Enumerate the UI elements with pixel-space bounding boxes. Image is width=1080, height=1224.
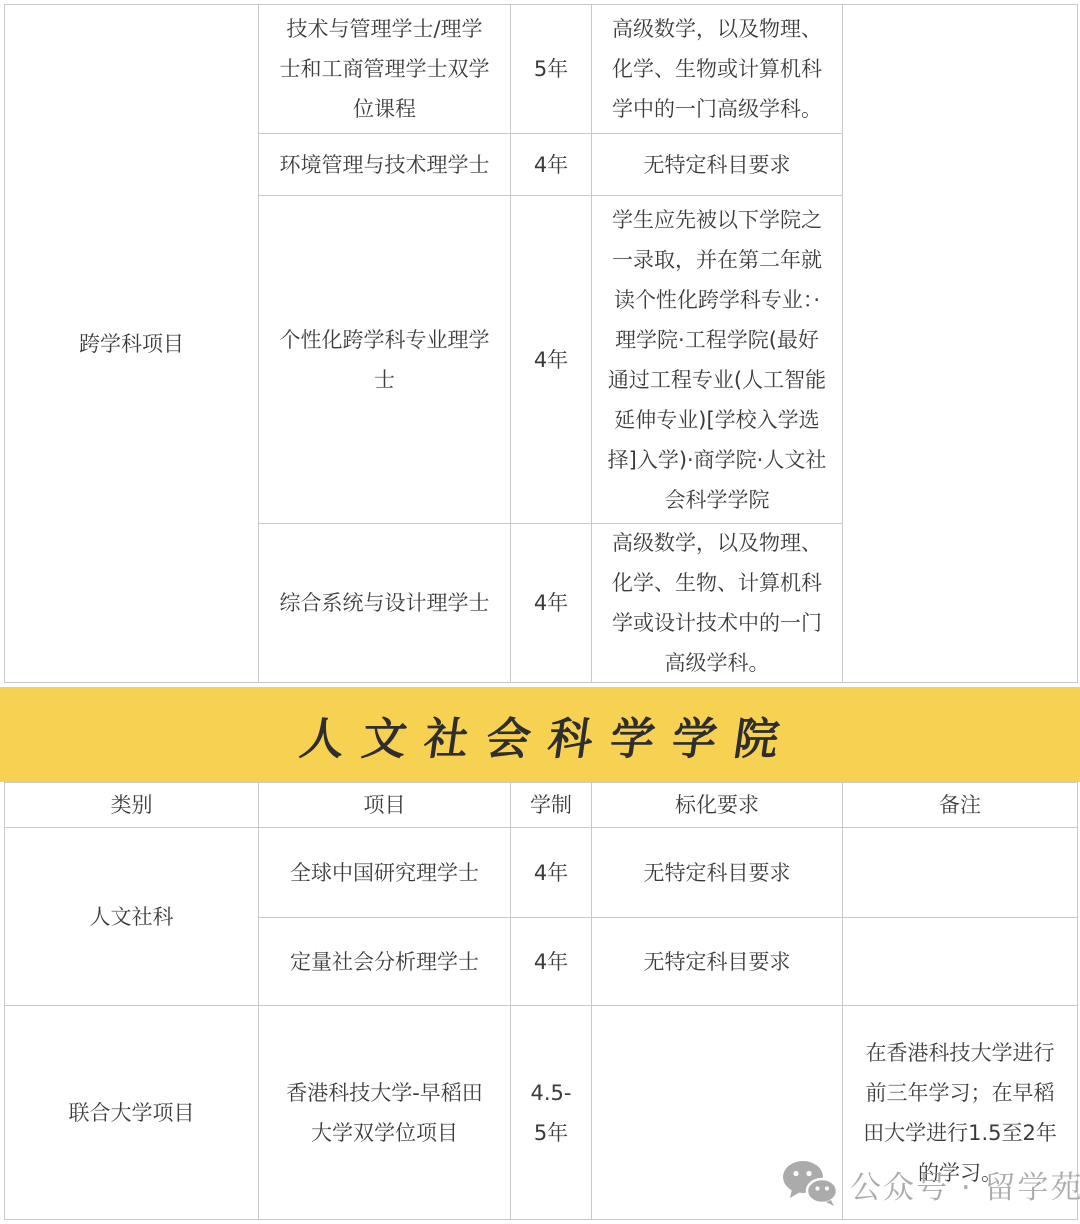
page: 跨学科项目 技术与管理学士/理学士和工商管理学士双学位课程 5年 高级数学，以及… xyxy=(0,0,1080,1224)
category-cell: 联合大学项目 xyxy=(5,1006,259,1220)
header-duration: 学制 xyxy=(511,783,592,828)
note-cell xyxy=(843,5,1078,683)
requirement-cell: 无特定科目要求 xyxy=(592,134,843,196)
note-cell xyxy=(843,918,1078,1006)
requirement-cell: 无特定科目要求 xyxy=(592,828,843,918)
requirement-cell: 高级数学，以及物理、化学、生物或计算机科学中的一门高级学科。 xyxy=(592,5,843,134)
program-cell: 定量社会分析理学士 xyxy=(259,918,511,1006)
program-cell: 综合系统与设计理学士 xyxy=(259,524,511,683)
header-program: 项目 xyxy=(259,783,511,828)
requirement-cell xyxy=(592,1006,843,1220)
note-cell xyxy=(843,828,1078,918)
program-cell: 全球中国研究理学士 xyxy=(259,828,511,918)
requirement-cell: 无特定科目要求 xyxy=(592,918,843,1006)
duration-cell: 4.5-5年 xyxy=(511,1006,592,1220)
section-banner: 人文社会科学学院 xyxy=(0,687,1080,782)
category-cell: 跨学科项目 xyxy=(5,5,259,683)
duration-cell: 5年 xyxy=(511,5,592,134)
program-cell: 技术与管理学士/理学士和工商管理学士双学位课程 xyxy=(259,5,511,134)
requirement-cell: 高级数学，以及物理、化学、生物、计算机科学或设计技术中的一门高级学科。 xyxy=(592,524,843,683)
section-title: 人文社会科学学院 xyxy=(279,703,802,767)
duration-cell: 4年 xyxy=(511,196,592,524)
duration-cell: 4年 xyxy=(511,918,592,1006)
header-requirement: 标化要求 xyxy=(592,783,843,828)
header-note: 备注 xyxy=(843,783,1078,828)
note-cell: 在香港科技大学进行前三年学习；在早稻田大学进行1.5至2年的学习。 xyxy=(843,1006,1078,1220)
requirement-cell: 学生应先被以下学院之一录取，并在第二年就读个性化跨学科专业：·理学院·工程学院(… xyxy=(592,196,843,524)
program-cell: 个性化跨学科专业理学士 xyxy=(259,196,511,524)
header-category: 类别 xyxy=(5,783,259,828)
program-cell: 香港科技大学-早稻田大学双学位项目 xyxy=(259,1006,511,1220)
category-cell: 人文社科 xyxy=(5,828,259,1006)
humanities-table: 类别 项目 学制 标化要求 备注 人文社科 全球中国研究理学士 4年 无特定科目… xyxy=(4,782,1078,1220)
duration-cell: 4年 xyxy=(511,134,592,196)
interdisciplinary-table: 跨学科项目 技术与管理学士/理学士和工商管理学士双学位课程 5年 高级数学，以及… xyxy=(4,4,1078,683)
program-cell: 环境管理与技术理学士 xyxy=(259,134,511,196)
duration-cell: 4年 xyxy=(511,524,592,683)
duration-cell: 4年 xyxy=(511,828,592,918)
